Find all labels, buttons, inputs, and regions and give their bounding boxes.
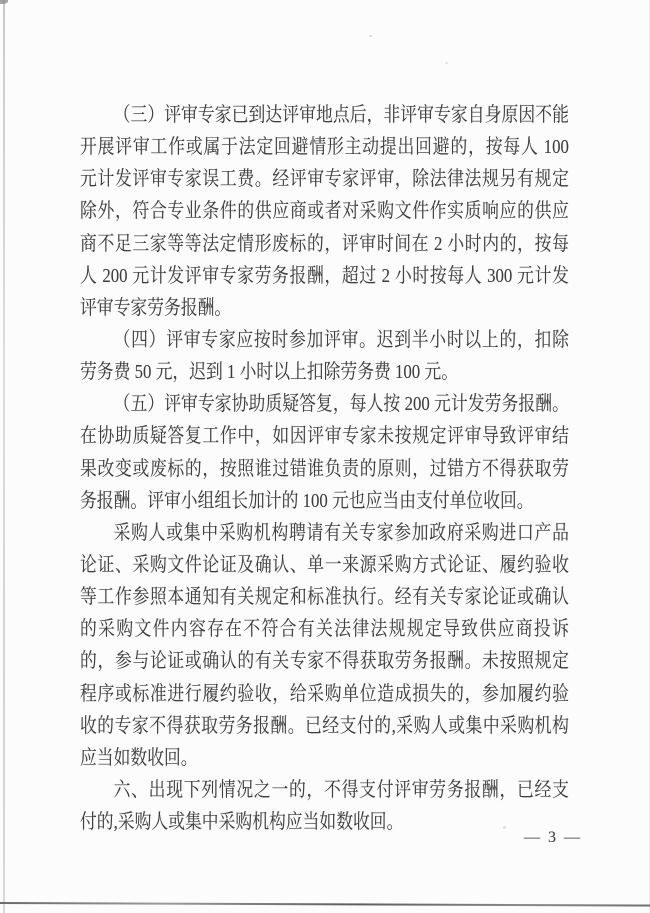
text-line: 商不足三家等等法定情形废标的，评审时间在 2 小时内的，按每	[80, 228, 569, 260]
text-line: 开展评审工作或属于法定回避情形主动提出回避的，按每人 100	[80, 131, 569, 163]
corner-scan-mark	[0, 0, 8, 4]
scanned-document-page: （三）评审专家已到达评审地点后，非评审专家自身原因不能开展评审工作或属于法定回避…	[0, 0, 650, 913]
text-line: 付的,采购人或集中采购机构应当如数收回。	[80, 806, 569, 838]
text-line: 论证、采购文件论证及确认、单一来源采购方式论证、履约验收	[80, 549, 569, 581]
text-line: 务报酬。评审小组组长加计的 100 元也应当由支付单位收回。	[80, 485, 569, 517]
text-line: 人 200 元计发评审专家劳务报酬，超过 2 小时按每人 300 元计发	[80, 260, 569, 292]
text-line: 应当如数收回。	[80, 742, 569, 774]
text-line: 在协助质疑答复工作中，如因评审专家未按规定评审导致评审结	[80, 420, 569, 452]
text-line: 元计发评审专家误工费。经评审专家评审，除法律法规另有规定	[80, 163, 569, 195]
text-line: 的采购文件内容存在不符合有关法律法规规定导致供应商投诉	[80, 613, 569, 645]
text-line: （五）评审专家协助质疑答复，每人按 200 元计发劳务报酬。	[80, 388, 569, 420]
scan-speck	[445, 62, 448, 64]
bottom-scan-edge-line	[0, 902, 650, 907]
text-line: 六、出现下列情况之一的，不得支付评审劳务报酬，已经支	[80, 774, 569, 806]
text-line: （四）评审专家应按时参加评审。迟到半小时以上的，扣除	[80, 324, 569, 356]
page-number: — 3 —	[524, 829, 582, 847]
text-line: 程序或标准进行履约验收，给采购单位造成损失的，参加履约验	[80, 678, 569, 710]
text-line: 劳务费 50 元，迟到 1 小时以上扣除劳务费 100 元。	[80, 356, 569, 388]
text-line: 收的专家不得获取劳务报酬。已经支付的,采购人或集中采购机构	[80, 710, 569, 742]
text-line: 采购人或集中采购机构聘请有关专家参加政府采购进口产品	[80, 517, 569, 549]
text-line: 除外，符合专业条件的供应商或者对采购文件作实质响应的供应	[80, 195, 569, 227]
text-line: 评审专家劳务报酬。	[80, 292, 569, 324]
text-line: 果改变或废标的，按照谁过错谁负责的原则，过错方不得获取劳	[80, 453, 569, 485]
text-line: 等工作参照本通知有关规定和标准执行。经有关专家论证或确认	[80, 581, 569, 613]
text-line: （三）评审专家已到达评审地点后，非评审专家自身原因不能	[80, 99, 569, 131]
body-text: （三）评审专家已到达评审地点后，非评审专家自身原因不能开展评审工作或属于法定回避…	[80, 99, 569, 838]
left-scan-edge-line	[3, 0, 5, 913]
text-line: 的，参与论证或确认的有关专家不得获取劳务报酬。未按照规定	[80, 645, 569, 677]
scan-speck	[369, 35, 372, 37]
